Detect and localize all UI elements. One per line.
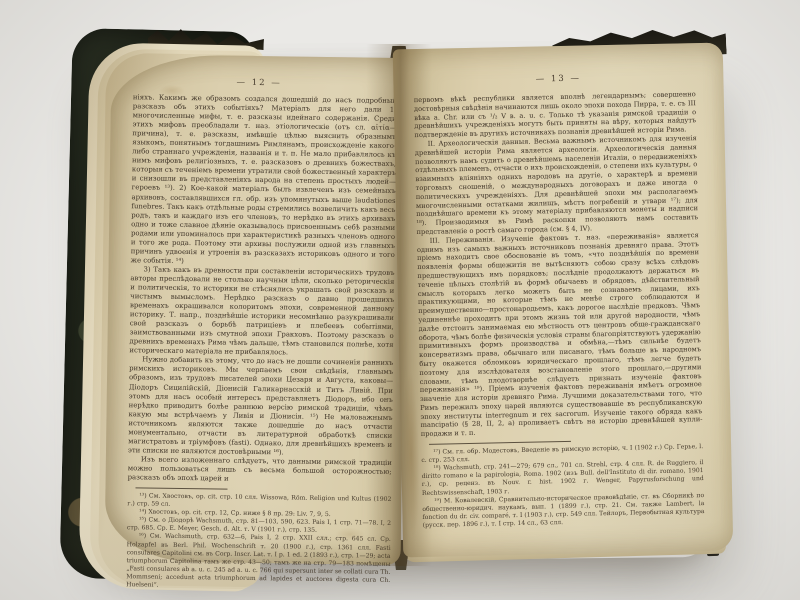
paper-stain <box>401 369 421 539</box>
book-photo: — 12 — ніяхъ. Какимъ же образомъ создалс… <box>0 0 800 600</box>
paragraph: 3) Такъ какъ въ древности при составлені… <box>129 265 394 359</box>
right-page-footnotes: ¹⁷) См. гл. обр. Модестовъ, Введеніе въ … <box>421 443 705 530</box>
right-page: — 13 — первомъ вѣкѣ республики является … <box>393 43 734 558</box>
footnote-separator <box>135 487 227 489</box>
footnote: ¹⁶) См. Wachsmuth, стр. 632—6, Pais I, 2… <box>126 533 391 593</box>
footnote: ¹⁹) М. Ковалевскій, Сравнительно-историч… <box>422 492 705 530</box>
paragraph: первомъ вѣкѣ республики является вполнѣ … <box>414 90 697 140</box>
right-page-number: — 13 — <box>393 71 723 88</box>
left-page: — 12 — ніяхъ. Какимъ же образомъ создалс… <box>104 54 407 565</box>
paragraph: III. Переживанія. Изученіе фактовъ т. на… <box>417 231 703 439</box>
left-page-text-column: ніяхъ. Какимъ же образомъ создался дошед… <box>126 93 397 593</box>
paragraph: ніяхъ. Какимъ же образомъ создался дошед… <box>131 93 397 269</box>
footnote-separator <box>429 441 571 445</box>
right-page-body: первомъ вѣкѣ республики является вполнѣ … <box>414 90 703 439</box>
paragraph: Изъ всего изложеннаго слѣдуетъ, что данн… <box>128 455 392 486</box>
left-page-body: ніяхъ. Какимъ же образомъ создался дошед… <box>128 93 397 486</box>
right-page-text-column: первомъ вѣкѣ республики является вполнѣ … <box>414 90 705 530</box>
left-page-footnotes: ¹³) См. Хвостовъ, op. cit. стр. 10 слл. … <box>126 492 391 593</box>
paragraph: II. Археологическія данныя. Весьма важны… <box>415 134 699 237</box>
left-page-number: — 12 — <box>111 76 407 90</box>
paragraph: Нужно добавить къ этому, что до насъ не … <box>128 356 393 459</box>
